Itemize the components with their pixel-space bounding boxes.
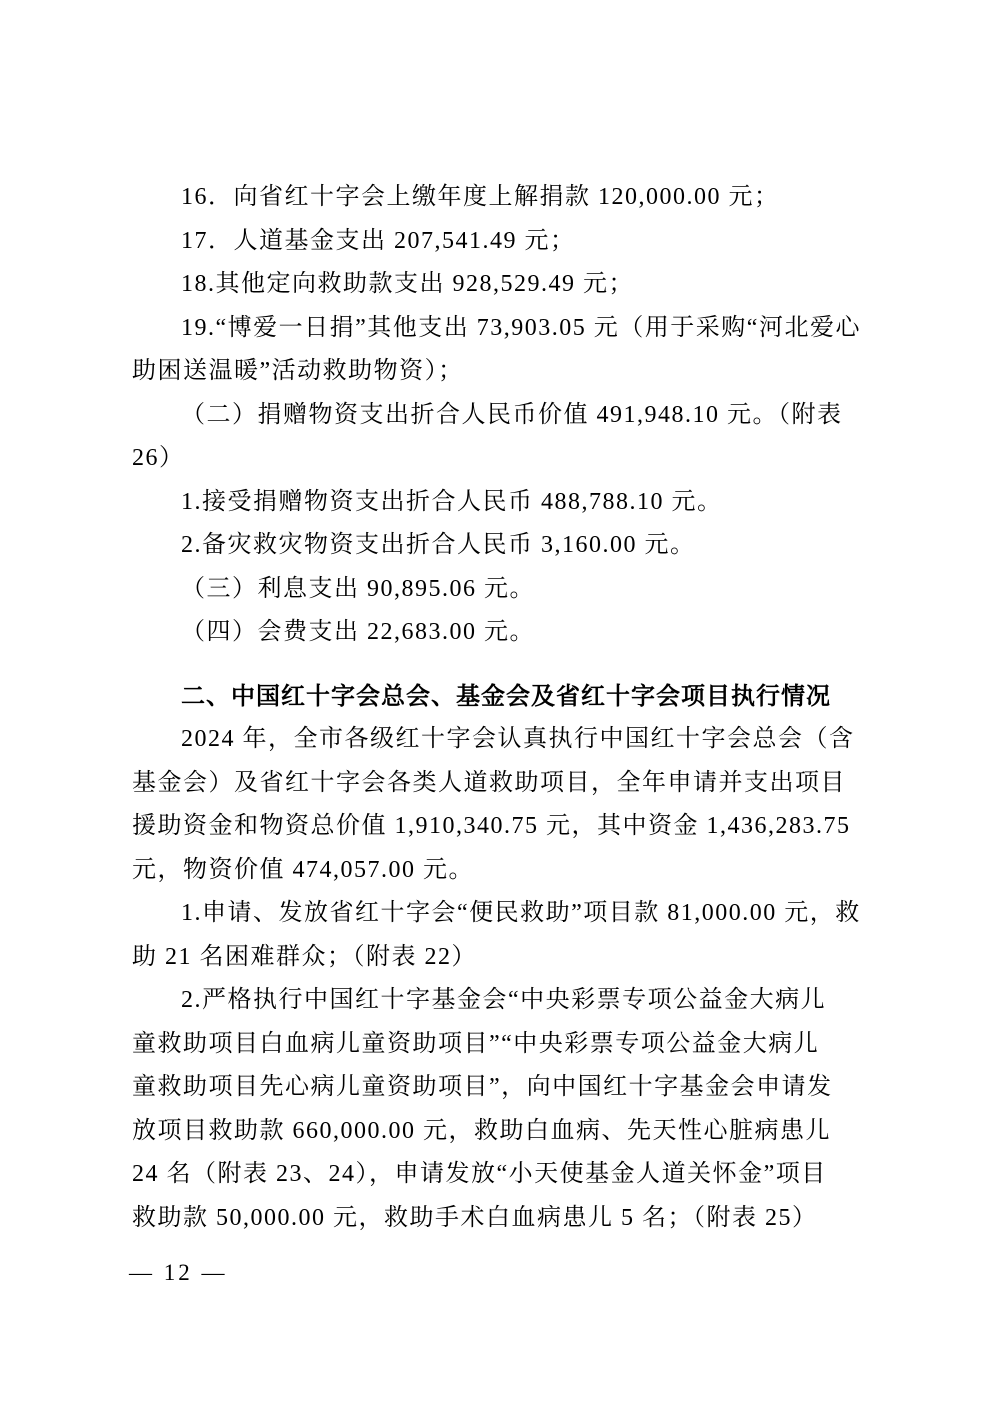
text-line: 19.“博爱一日捐”其他支出 73,903.05 元（用于采购“河北爱心 [132, 307, 880, 351]
text-line: 1.申请、发放省红十字会“便民救助”项目款 81,000.00 元，救 [132, 892, 880, 936]
text-line: （二）捐赠物资支出折合人民币价值 491,948.10 元。（附表 [132, 394, 880, 438]
text-line: 16．向省红十字会上缴年度上解捐款 120,000.00 元； [132, 176, 880, 220]
text-line: 18.其他定向救助款支出 928,529.49 元； [132, 263, 880, 307]
text-line: 童救助项目白血病儿童资助项目”“中央彩票专项公益金大病儿 [132, 1023, 880, 1067]
text-line: 2.严格执行中国红十字基金会“中央彩票专项公益金大病儿 [132, 979, 880, 1023]
text-line: 援助资金和物资总价值 1,910,340.75 元，其中资金 1,436,283… [132, 805, 880, 849]
text-line: （三）利息支出 90,895.06 元。 [132, 568, 880, 612]
document-page: 16．向省红十字会上缴年度上解捐款 120,000.00 元； 17．人道基金支… [0, 0, 992, 1403]
text-line: 助 21 名困难群众；（附表 22） [132, 936, 880, 980]
text-line: 基金会）及省红十字会各类人道救助项目，全年申请并支出项目 [132, 762, 880, 806]
text-line: 元，物资价值 474,057.00 元。 [132, 849, 880, 893]
text-line: 1.接受捐赠物资支出折合人民币 488,788.10 元。 [132, 481, 880, 525]
text-line: 救助款 50,000.00 元，救助手术白血病患儿 5 名；（附表 25） [132, 1197, 880, 1241]
text-line: 童救助项目先心病儿童资助项目”，向中国红十字基金会申请发 [132, 1066, 880, 1110]
text-line: 24 名（附表 23、24），申请发放“小天使基金人道关怀金”项目 [132, 1153, 880, 1197]
text-line: 助困送温暖”活动救助物资）； [132, 350, 880, 394]
text-line: 26） [132, 437, 880, 481]
page-footer: — 12 — [129, 1260, 228, 1286]
text-line: 2.备灾救灾物资支出折合人民币 3,160.00 元。 [132, 524, 880, 568]
text-line: 2024 年，全市各级红十字会认真执行中国红十字会总会（含 [132, 718, 880, 762]
text-line: 17．人道基金支出 207,541.49 元； [132, 220, 880, 264]
section-heading: 二、中国红十字会总会、基金会及省红十字会项目执行情况 [132, 675, 880, 719]
text-line: 放项目救助款 660,000.00 元，救助白血病、先天性心脏病患儿 [132, 1110, 880, 1154]
document-body: 16．向省红十字会上缴年度上解捐款 120,000.00 元； 17．人道基金支… [132, 176, 880, 1240]
text-line: （四）会费支出 22,683.00 元。 [132, 611, 880, 655]
page-number: — 12 — [129, 1260, 228, 1285]
